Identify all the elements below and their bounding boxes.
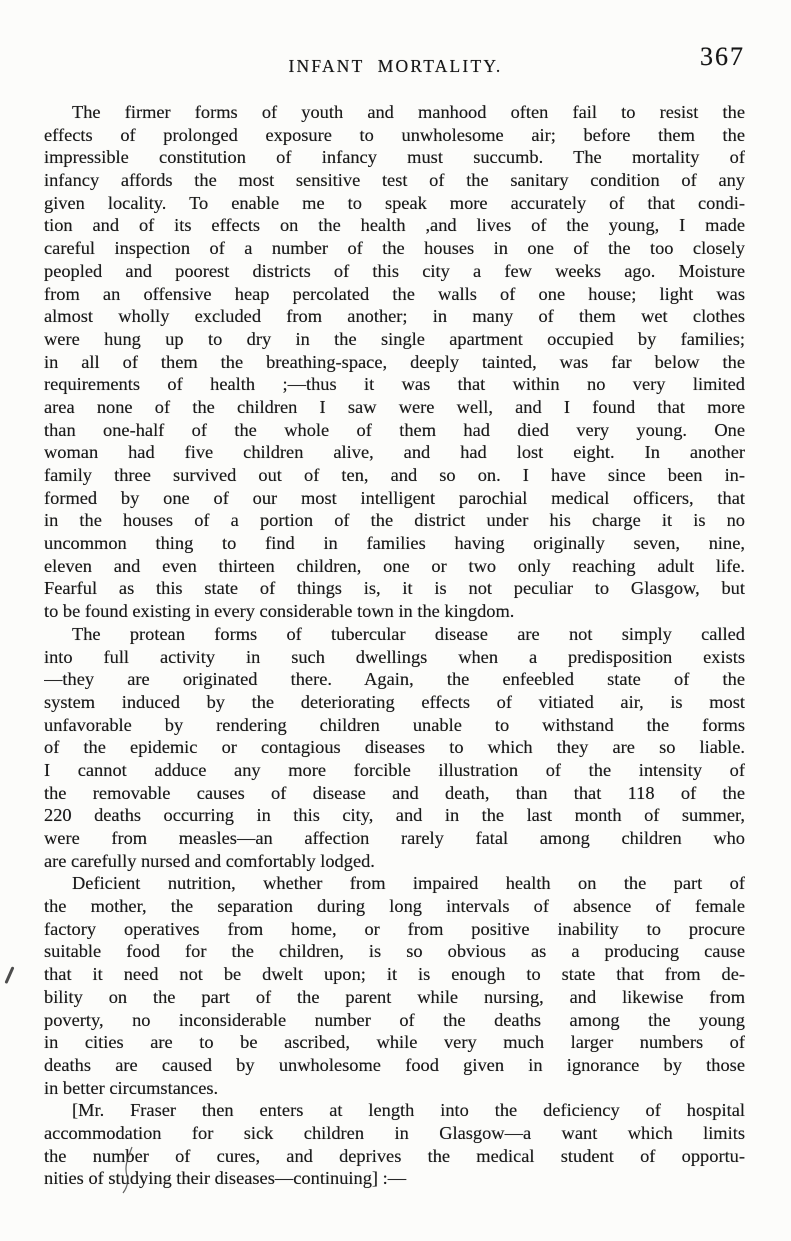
- text-line: I cannot adduce any more forcible illust…: [44, 759, 745, 782]
- text-line: almost wholly excluded from another; in …: [44, 305, 745, 328]
- paragraph: [Mr. Fraser then enters at length into t…: [44, 1099, 745, 1190]
- text-line: nities of studying their diseases—contin…: [44, 1167, 745, 1190]
- text-line: peopled and poorest districts of this ci…: [44, 260, 745, 283]
- text-line: into full activity in such dwellings whe…: [44, 646, 745, 669]
- text-line: accommodation for sick children in Glasg…: [44, 1122, 745, 1145]
- text-line: the removable causes of disease and deat…: [44, 782, 745, 805]
- text-line: factory operatives from home, or from po…: [44, 918, 745, 941]
- text-line: careful inspection of a number of the ho…: [44, 237, 745, 260]
- scanned-page: INFANT MORTALITY. 367 The firmer forms o…: [0, 0, 791, 1241]
- text-line: in cities are to be ascribed, while very…: [44, 1031, 745, 1054]
- text-line: Fearful as this state of things is, it i…: [44, 577, 745, 600]
- text-line: uncommon thing to find in families havin…: [44, 532, 745, 555]
- margin-ink-mark: [4, 966, 14, 983]
- text-line: area none of the children I saw were wel…: [44, 396, 745, 419]
- text-line: eleven and even thirteen children, one o…: [44, 555, 745, 578]
- paragraph: Deficient nutrition, whether from impair…: [44, 872, 745, 1099]
- text-line: tion and of its effects on the health ,a…: [44, 214, 745, 237]
- text-line: bility on the part of the parent while n…: [44, 986, 745, 1009]
- text-line: the mother, the separation during long i…: [44, 895, 745, 918]
- text-line: The firmer forms of youth and manhood of…: [44, 101, 745, 124]
- text-line: formed by one of our most intelligent pa…: [44, 487, 745, 510]
- text-line: given locality. To enable me to speak mo…: [44, 192, 745, 215]
- page-header-title: INFANT MORTALITY.: [0, 56, 791, 77]
- text-line: [Mr. Fraser then enters at length into t…: [44, 1099, 745, 1122]
- text-line: requirements of health ;—thus it was tha…: [44, 373, 745, 396]
- text-line: effects of prolonged exposure to unwhole…: [44, 124, 745, 147]
- body-text: The firmer forms of youth and manhood of…: [44, 101, 745, 1190]
- text-line: than one-half of the whole of them had d…: [44, 419, 745, 442]
- text-line: were from measles—an affection rarely fa…: [44, 827, 745, 850]
- text-line: woman had five children alive, and had l…: [44, 441, 745, 464]
- text-line: unfavorable by rendering children unable…: [44, 714, 745, 737]
- text-line: suitable food for the children, is so ob…: [44, 940, 745, 963]
- text-line: of the epidemic or contagious diseases t…: [44, 736, 745, 759]
- paragraph: The firmer forms of youth and manhood of…: [44, 101, 745, 623]
- text-line: poverty, no inconsiderable number of the…: [44, 1009, 745, 1032]
- text-line: —they are originated there. Again, the e…: [44, 668, 745, 691]
- page-number: 367: [700, 42, 745, 72]
- text-line: family three survived out of ten, and so…: [44, 464, 745, 487]
- text-line: in all of them the breathing-space, deep…: [44, 351, 745, 374]
- text-line: the number of cures, and deprives the me…: [44, 1145, 745, 1168]
- text-line: 220 deaths occurring in this city, and i…: [44, 804, 745, 827]
- text-line: were hung up to dry in the single apartm…: [44, 328, 745, 351]
- text-line: that it need not be dwelt upon; it is en…: [44, 963, 745, 986]
- paragraph: The protean forms of tubercular disease …: [44, 623, 745, 873]
- text-line: The protean forms of tubercular disease …: [44, 623, 745, 646]
- text-line: in the houses of a portion of the distri…: [44, 509, 745, 532]
- text-line: from an offensive heap percolated the wa…: [44, 283, 745, 306]
- text-line: are carefully nursed and comfortably lod…: [44, 850, 745, 873]
- text-line: Deficient nutrition, whether from impair…: [44, 872, 745, 895]
- text-line: to be found existing in every considerab…: [44, 600, 745, 623]
- scan-hair-artifact: [121, 1146, 137, 1194]
- text-line: system induced by the deteriorating effe…: [44, 691, 745, 714]
- text-line: infancy affords the most sensitive test …: [44, 169, 745, 192]
- text-line: in better circumstances.: [44, 1077, 745, 1100]
- text-line: impressible constitution of infancy must…: [44, 146, 745, 169]
- text-line: deaths are caused by unwholesome food gi…: [44, 1054, 745, 1077]
